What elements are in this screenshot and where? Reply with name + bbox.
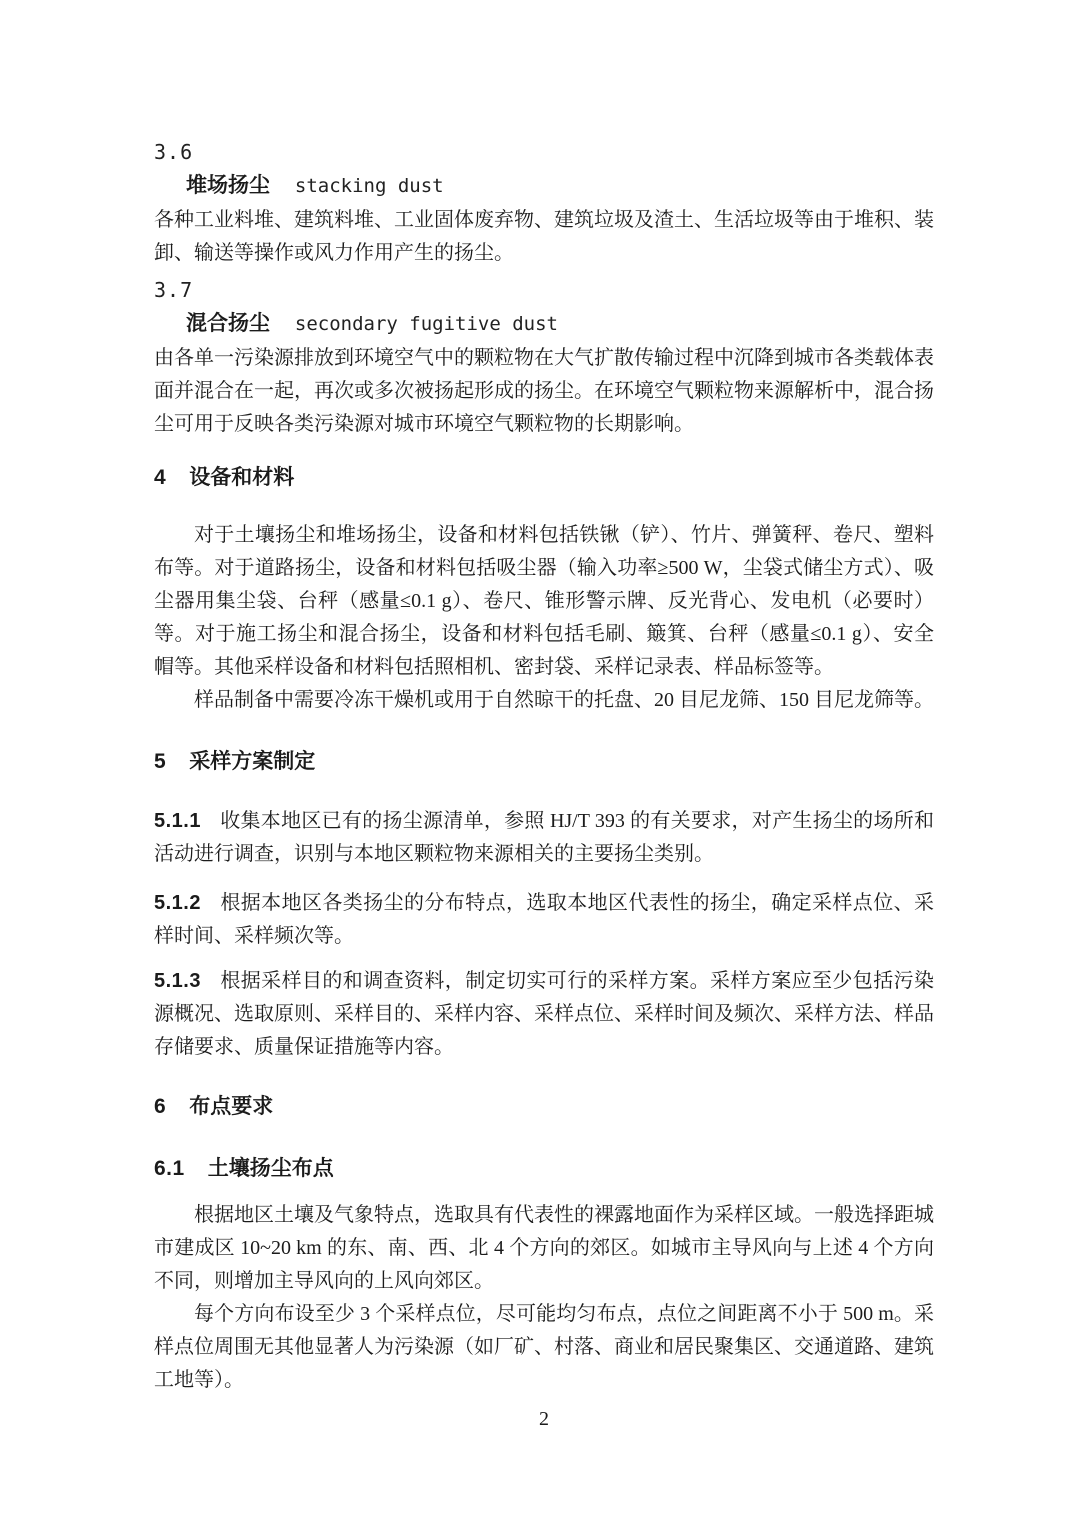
- term-english: secondary fugitive dust: [295, 313, 558, 335]
- clause-5-1-2: 5.1.2根据本地区各类扬尘的分布特点，选取本地区代表性的扬尘，确定采样点位、采…: [154, 887, 934, 953]
- section-number: 6: [154, 1095, 166, 1118]
- term-english: stacking dust: [295, 175, 444, 197]
- section-6-1-paragraph-1: 根据地区土壤及气象特点，选取具有代表性的裸露地面作为采样区域。一般选择距城市建成…: [154, 1199, 934, 1298]
- clause-text: 收集本地区已有的扬尘源清单，参照 HJ/T 393 的有关要求，对产生扬尘的场所…: [154, 810, 934, 865]
- section-heading-4: 4设备和材料: [154, 461, 934, 494]
- section-title: 布点要求: [189, 1095, 273, 1118]
- clause-number-3-7: 3.7: [154, 274, 934, 307]
- section-number: 6.1: [154, 1157, 185, 1180]
- section-4-paragraph-1: 对于土壤扬尘和堆场扬尘，设备和材料包括铁锹（铲）、竹片、弹簧秤、卷尺、塑料布等。…: [154, 519, 934, 684]
- section-4-paragraph-2: 样品制备中需要冷冻干燥机或用于自然晾干的托盘、20 目尼龙筛、150 目尼龙筛等…: [154, 684, 934, 717]
- section-heading-6: 6布点要求: [154, 1090, 934, 1123]
- clause-number: 5.1.1: [154, 810, 201, 832]
- section-number: 5: [154, 750, 166, 773]
- clause-5-1-1: 5.1.1收集本地区已有的扬尘源清单，参照 HJ/T 393 的有关要求，对产生…: [154, 805, 934, 871]
- term-definition-3-6: 各种工业料堆、建筑料堆、工业固体废弃物、建筑垃圾及渣土、生活垃圾等由于堆积、装卸…: [154, 204, 934, 270]
- term-chinese: 混合扬尘: [186, 312, 270, 335]
- section-6-1-paragraph-2: 每个方向布设至少 3 个采样点位，尽可能均匀布点，点位之间距离不小于 500 m…: [154, 1298, 934, 1397]
- page-number: 2: [154, 1403, 934, 1436]
- term-heading-stacking-dust: 堆场扬尘 stacking dust: [154, 169, 934, 204]
- section-title: 设备和材料: [189, 466, 294, 489]
- page-content: 3.6 堆场扬尘 stacking dust 各种工业料堆、建筑料堆、工业固体废…: [154, 0, 934, 1436]
- clause-5-1-3: 5.1.3根据采样目的和调查资料，制定切实可行的采样方案。采样方案应至少包括污染…: [154, 965, 934, 1064]
- clause-number-3-6: 3.6: [154, 136, 934, 169]
- section-title: 土壤扬尘布点: [208, 1157, 334, 1180]
- clause-text: 根据采样目的和调查资料，制定切实可行的采样方案。采样方案应至少包括污染源概况、选…: [154, 970, 934, 1058]
- clause-text: 根据本地区各类扬尘的分布特点，选取本地区代表性的扬尘，确定采样点位、采样时间、采…: [154, 892, 934, 947]
- clause-number: 5.1.2: [154, 892, 201, 914]
- term-heading-secondary-fugitive-dust: 混合扬尘 secondary fugitive dust: [154, 307, 934, 342]
- section-number: 4: [154, 466, 166, 489]
- section-title: 采样方案制定: [189, 750, 315, 773]
- term-chinese: 堆场扬尘: [186, 174, 270, 197]
- document-page: 3.6 堆场扬尘 stacking dust 各种工业料堆、建筑料堆、工业固体废…: [0, 0, 1080, 1527]
- clause-number: 5.1.3: [154, 970, 201, 992]
- section-heading-6-1: 6.1土壤扬尘布点: [154, 1152, 934, 1185]
- section-heading-5: 5采样方案制定: [154, 745, 934, 778]
- term-definition-3-7: 由各单一污染源排放到环境空气中的颗粒物在大气扩散传输过程中沉降到城市各类载体表面…: [154, 342, 934, 441]
